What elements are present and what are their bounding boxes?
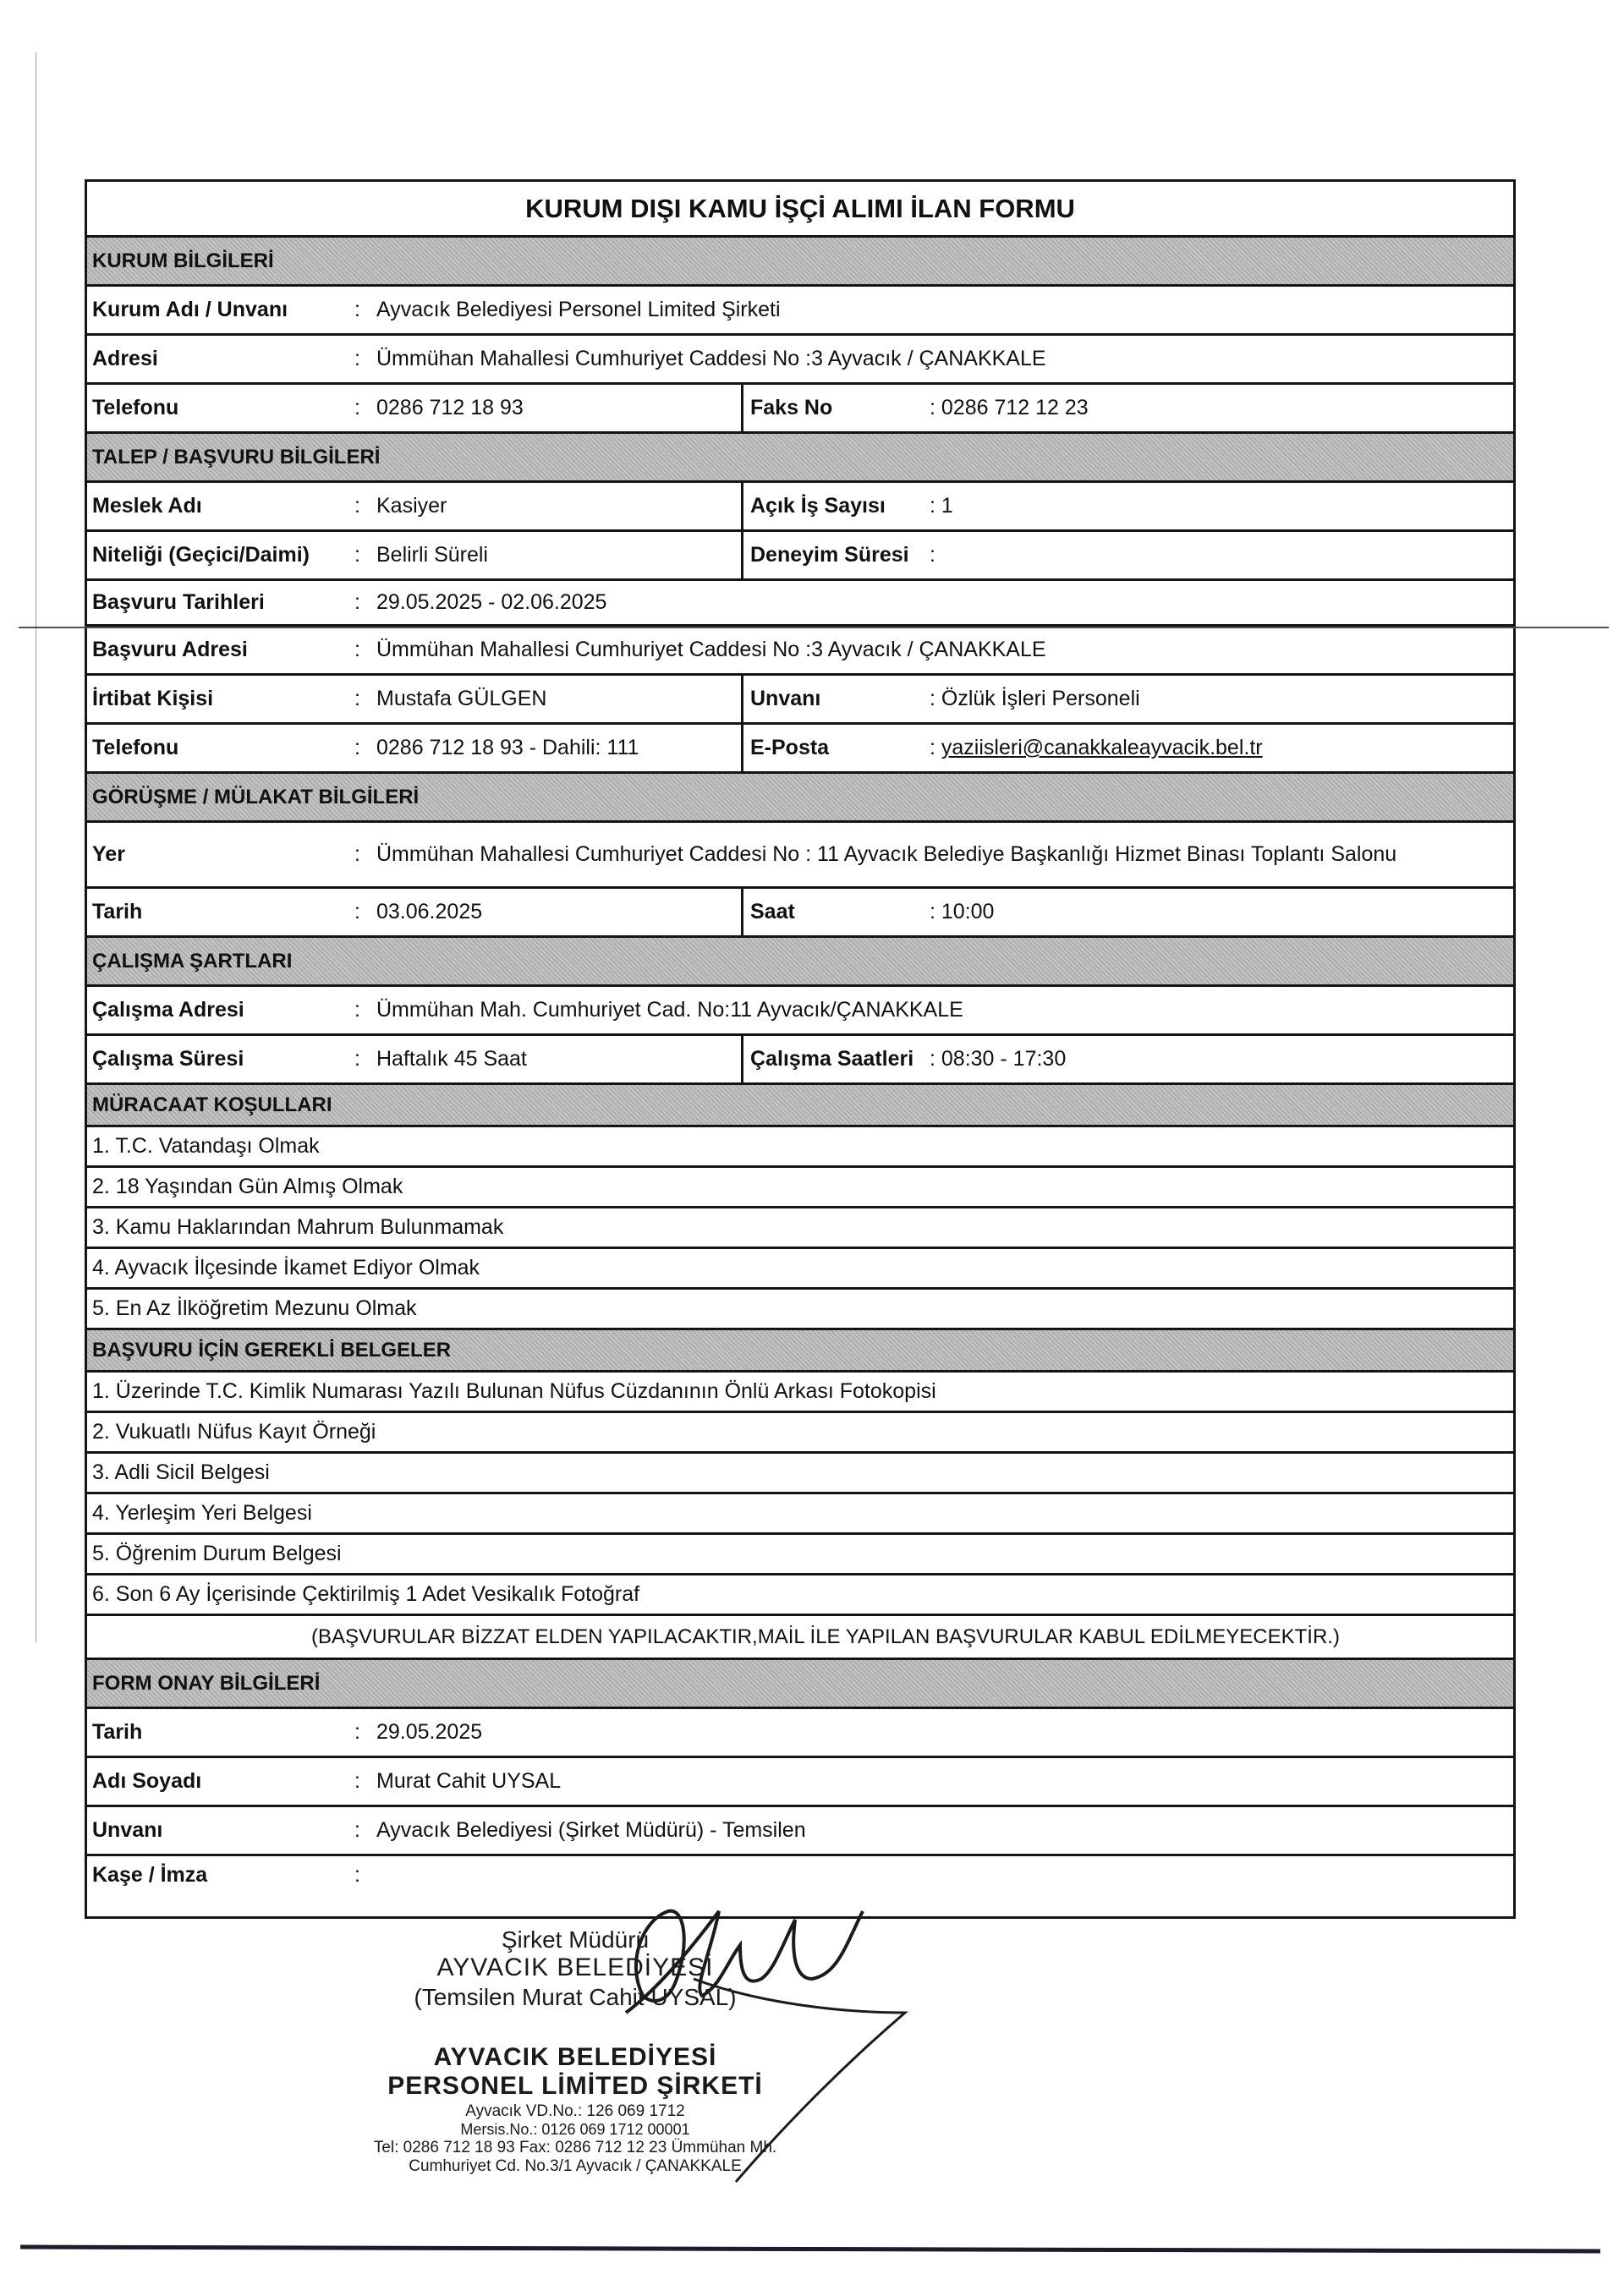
value: 0286 712 18 93 - Dahili: 111	[376, 736, 741, 760]
label: Başvuru Tarihleri	[87, 590, 354, 615]
value: Kasiyer	[376, 494, 741, 518]
colon: :	[354, 1769, 376, 1794]
condition-item: 2. 18 Yaşından Gün Almış Olmak	[87, 1168, 1513, 1208]
section-gorusme-mulakat: GÖRÜŞME / MÜLAKAT BİLGİLERİ	[87, 774, 1513, 823]
faks-cell: Faks No : 0286 712 12 23	[743, 385, 1513, 431]
value: Ayvacık Belediyesi Personel Limited Şirk…	[376, 298, 1513, 322]
colon: :	[354, 543, 376, 567]
stamp-tax-no: Ayvacık VD.No.: 126 069 1712	[338, 2102, 812, 2121]
eposta-cell: E-Posta : yaziisleri@canakkaleayvacik.be…	[743, 725, 1513, 771]
field-meslek-acik-is: Meslek Adı : Kasiyer Açık İş Sayısı : 1	[87, 483, 1513, 532]
label: Faks No	[743, 396, 930, 420]
condition-item: 4. Ayvacık İlçesinde İkamet Ediyor Olmak	[87, 1249, 1513, 1290]
colon: :	[354, 842, 376, 867]
label: Tarih	[87, 1720, 354, 1745]
field-unvani: Unvanı : Ayvacık Belediyesi (Şirket Müdü…	[87, 1807, 1513, 1856]
document-item: 5. Öğrenim Durum Belgesi	[87, 1535, 1513, 1575]
label: Adı Soyadı	[87, 1769, 354, 1794]
field-adi-soyadi: Adı Soyadı : Murat Cahit UYSAL	[87, 1758, 1513, 1807]
job-posting-form: KURUM DIŞI KAMU İŞÇİ ALIMI İLAN FORMU KU…	[85, 179, 1516, 1919]
unvan-cell: Unvanı : Özlük İşleri Personeli	[743, 676, 1513, 722]
irtibat-cell: İrtibat Kişisi : Mustafa GÜLGEN	[87, 676, 743, 722]
field-adres: Adresi : Ümmühan Mahallesi Cumhuriyet Ca…	[87, 336, 1513, 385]
field-tarih-saat: Tarih : 03.06.2025 Saat : 10:00	[87, 889, 1513, 938]
label: Başvuru Adresi	[87, 638, 354, 662]
value: Ümmühan Mahallesi Cumhuriyet Caddesi No …	[376, 638, 1513, 662]
meslek-cell: Meslek Adı : Kasiyer	[87, 483, 743, 529]
document-item: 1. Üzerinde T.C. Kimlik Numarası Yazılı …	[87, 1373, 1513, 1413]
company-stamp: Şirket Müdürü AYVACIK BELEDİYESİ (Temsil…	[338, 1926, 812, 2176]
value: : 0286 712 12 23	[930, 396, 1513, 420]
value: 29.05.2025	[376, 1720, 1513, 1745]
colon: :	[354, 347, 376, 371]
label: Saat	[743, 900, 930, 924]
label: E-Posta	[743, 736, 930, 760]
colon: :	[354, 494, 376, 518]
value: 03.06.2025	[376, 900, 741, 924]
sure-cell: Çalışma Süresi : Haftalık 45 Saat	[87, 1036, 743, 1082]
label: Unvanı	[743, 687, 930, 711]
scan-margin-line	[36, 52, 36, 1642]
label: Niteliği (Geçici/Daimi)	[87, 543, 354, 567]
value: 0286 712 18 93	[376, 396, 741, 420]
email-link[interactable]: yaziisleri@canakkaleayvacik.bel.tr	[941, 736, 1263, 759]
colon: :	[354, 736, 376, 760]
label: Telefonu	[87, 396, 354, 420]
tarih-cell: Tarih : 03.06.2025	[87, 889, 743, 935]
field-telefon-faks: Telefonu : 0286 712 18 93 Faks No : 0286…	[87, 385, 1513, 434]
field-irtibat-unvan: İrtibat Kişisi : Mustafa GÜLGEN Unvanı :…	[87, 676, 1513, 725]
label: Açık İş Sayısı	[743, 494, 930, 518]
colon: :	[354, 1720, 376, 1745]
acik-is-cell: Açık İş Sayısı : 1	[743, 483, 1513, 529]
document-item: 4. Yerleşim Yeri Belgesi	[87, 1494, 1513, 1535]
value: 29.05.2025 - 02.06.2025	[376, 590, 1513, 615]
label: Tarih	[87, 900, 354, 924]
saatler-cell: Çalışma Saatleri : 08:30 - 17:30	[743, 1036, 1513, 1082]
document-item: 3. Adli Sicil Belgesi	[87, 1454, 1513, 1494]
field-telefon-eposta: Telefonu : 0286 712 18 93 - Dahili: 111 …	[87, 725, 1513, 774]
deneyim-cell: Deneyim Süresi :	[743, 532, 1513, 578]
colon: :	[354, 638, 376, 662]
label: Telefonu	[87, 736, 354, 760]
section-form-onay: FORM ONAY BİLGİLERİ	[87, 1660, 1513, 1709]
value: : Özlük İşleri Personeli	[930, 687, 1513, 711]
value: Belirli Süreli	[376, 543, 741, 567]
field-basvuru-tarihleri: Başvuru Tarihleri : 29.05.2025 - 02.06.2…	[87, 581, 1513, 627]
field-calisma-adresi: Çalışma Adresi : Ümmühan Mah. Cumhuriyet…	[87, 987, 1513, 1036]
application-note: (BAŞVURULAR BİZZAT ELDEN YAPILACAKTIR,MA…	[87, 1616, 1513, 1660]
colon: :	[354, 900, 376, 924]
colon: :	[354, 687, 376, 711]
value: Ümmühan Mahallesi Cumhuriyet Caddesi No …	[376, 347, 1513, 371]
label: Çalışma Adresi	[87, 998, 354, 1022]
condition-item: 5. En Az İlköğretim Mezunu Olmak	[87, 1290, 1513, 1330]
label: Kurum Adı / Unvanı	[87, 298, 354, 322]
label: Deneyim Süresi	[743, 543, 930, 567]
telefon-cell: Telefonu : 0286 712 18 93 - Dahili: 111	[87, 725, 743, 771]
field-kase-imza: Kaşe / İmza :	[87, 1856, 1513, 1919]
niteligi-cell: Niteliği (Geçici/Daimi) : Belirli Süreli	[87, 532, 743, 578]
colon: :	[930, 736, 941, 759]
saat-cell: Saat : 10:00	[743, 889, 1513, 935]
label: İrtibat Kişisi	[87, 687, 354, 711]
field-yer: Yer : Ümmühan Mahallesi Cumhuriyet Cadde…	[87, 823, 1513, 889]
stamp-contact: Tel: 0286 712 18 93 Fax: 0286 712 12 23 …	[338, 2139, 812, 2157]
document-item: 2. Vukuatlı Nüfus Kayıt Örneği	[87, 1413, 1513, 1454]
colon: :	[354, 1863, 376, 1888]
section-kurum-bilgileri: KURUM BİLGİLERİ	[87, 238, 1513, 287]
label: Adresi	[87, 347, 354, 371]
label: Yer	[87, 842, 354, 867]
condition-item: 1. T.C. Vatandaşı Olmak	[87, 1127, 1513, 1168]
label: Çalışma Saatleri	[743, 1047, 930, 1071]
value: Mustafa GÜLGEN	[376, 687, 741, 711]
colon: :	[354, 1047, 376, 1071]
label: Kaşe / İmza	[87, 1863, 354, 1888]
condition-item: 3. Kamu Haklarından Mahrum Bulunmamak	[87, 1208, 1513, 1249]
section-muracaat-kosullari: MÜRACAAT KOŞULLARI	[87, 1085, 1513, 1127]
label: Meslek Adı	[87, 494, 354, 518]
field-niteligi-deneyim: Niteliği (Geçici/Daimi) : Belirli Süreli…	[87, 532, 1513, 581]
form-title: KURUM DIŞI KAMU İŞÇİ ALIMI İLAN FORMU	[87, 182, 1513, 238]
section-talep-basvuru: TALEP / BAŞVURU BİLGİLERİ	[87, 434, 1513, 483]
value: Ümmühan Mahallesi Cumhuriyet Caddesi No …	[376, 842, 1513, 867]
value: Murat Cahit UYSAL	[376, 1769, 1513, 1794]
field-kurum-adi: Kurum Adı / Unvanı : Ayvacık Belediyesi …	[87, 287, 1513, 336]
stamp-representative: (Temsilen Murat Cahit UYSAL)	[338, 1984, 812, 2011]
document-item: 6. Son 6 Ay İçerisinde Çektirilmiş 1 Ade…	[87, 1575, 1513, 1616]
stamp-org: AYVACIK BELEDİYESİ	[338, 1954, 812, 1982]
value: : 08:30 - 17:30	[930, 1047, 1513, 1071]
section-calisma-sartlari: ÇALIŞMA ŞARTLARI	[87, 938, 1513, 987]
field-calisma-sure-saatler: Çalışma Süresi : Haftalık 45 Saat Çalışm…	[87, 1036, 1513, 1085]
colon: :	[354, 298, 376, 322]
telefon-cell: Telefonu : 0286 712 18 93	[87, 385, 743, 431]
page-bottom-rule	[20, 2245, 1600, 2254]
colon: :	[354, 590, 376, 615]
value-wrap: : yaziisleri@canakkaleayvacik.bel.tr	[930, 736, 1513, 760]
stamp-address: Cumhuriyet Cd. No.3/1 Ayvacık / ÇANAKKAL…	[338, 2157, 812, 2176]
value: : 10:00	[930, 900, 1513, 924]
colon: :	[354, 998, 376, 1022]
value: Ümmühan Mah. Cumhuriyet Cad. No:11 Ayvac…	[376, 998, 1513, 1022]
value: : 1	[930, 494, 1513, 518]
value: Ayvacık Belediyesi (Şirket Müdürü) - Tem…	[376, 1818, 1513, 1843]
label: Unvanı	[87, 1818, 354, 1843]
scan-line-artifact	[19, 627, 1609, 628]
stamp-title: Şirket Müdürü	[338, 1926, 812, 1954]
section-gerekli-belgeler: BAŞVURU İÇİN GEREKLİ BELGELER	[87, 1330, 1513, 1373]
stamp-mersis-no: Mersis.No.: 0126 069 1712 00001	[338, 2121, 812, 2139]
colon: :	[354, 1818, 376, 1843]
value: Haftalık 45 Saat	[376, 1047, 741, 1071]
stamp-company-line1: AYVACIK BELEDİYESİ	[338, 2043, 812, 2072]
colon: :	[354, 396, 376, 420]
stamp-company-line2: PERSONEL LİMİTED ŞİRKETİ	[338, 2072, 812, 2101]
field-onay-tarih: Tarih : 29.05.2025	[87, 1709, 1513, 1758]
label: Çalışma Süresi	[87, 1047, 354, 1071]
value: :	[930, 543, 1513, 567]
field-basvuru-adresi: Başvuru Adresi : Ümmühan Mahallesi Cumhu…	[87, 627, 1513, 676]
